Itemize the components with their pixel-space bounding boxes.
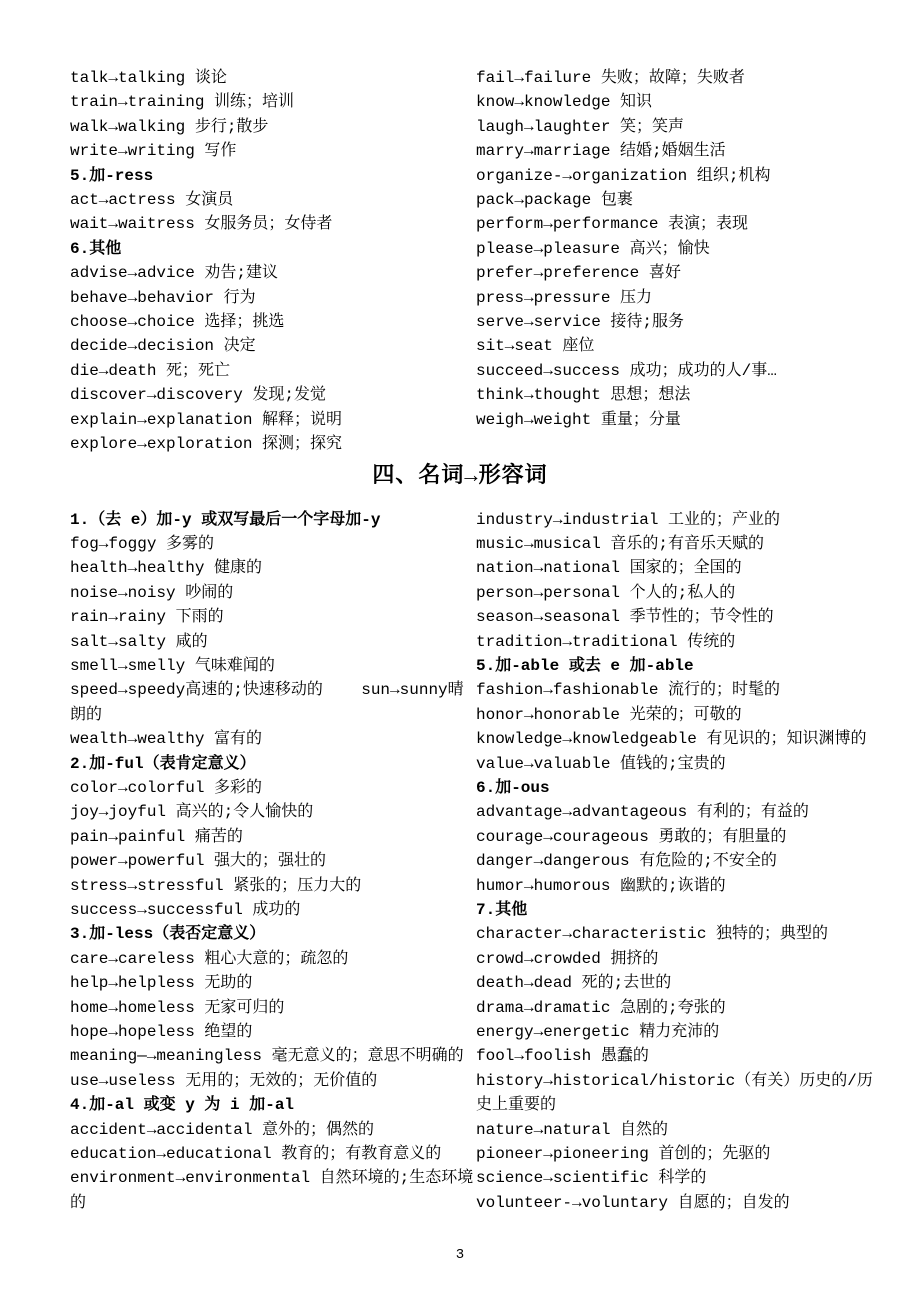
vocab-line: explain→explanation 解释；说明 (70, 408, 470, 432)
vocab-line: care→careless 粗心大意的；疏忽的 (70, 947, 470, 971)
vocab-line: tradition→traditional 传统的 (476, 630, 880, 654)
subsection-heading: 6.加-ous (476, 776, 880, 800)
vocab-line: explore→exploration 探测；探究 (70, 432, 470, 456)
vocab-line: humor→humorous 幽默的;诙谐的 (476, 874, 880, 898)
vocab-line: write→writing 写作 (70, 139, 470, 163)
vocab-line: discover→discovery 发现;发觉 (70, 383, 470, 407)
vocab-line: wealth→wealthy 富有的 (70, 727, 470, 751)
vocab-line: fog→foggy 多雾的 (70, 532, 470, 556)
vocab-line: crowd→crowded 拥挤的 (476, 947, 880, 971)
vocab-line: color→colorful 多彩的 (70, 776, 470, 800)
vocab-line: perform→performance 表演；表现 (476, 212, 880, 236)
vocab-line: pioneer→pioneering 首创的；先驱的 (476, 1142, 880, 1166)
bottom-right-column: industry→industrial 工业的；产业的music→musical… (476, 508, 880, 1216)
vocab-line: industry→industrial 工业的；产业的 (476, 508, 880, 532)
vocab-line: 的 (70, 1191, 470, 1215)
page-content: talk→talking 谈论train→training 训练；培训walk→… (0, 0, 920, 1215)
section-heading: 四、名词→形容词 (0, 459, 920, 495)
vocab-line: success→successful 成功的 (70, 898, 470, 922)
vocab-line: fool→foolish 愚蠢的 (476, 1044, 880, 1068)
vocab-line: power→powerful 强大的；强壮的 (70, 849, 470, 873)
vocab-line: advise→advice 劝告;建议 (70, 261, 470, 285)
vocab-line: speed→speedy高速的;快速移动的 sun→sunny晴 (70, 678, 470, 702)
vocab-line: nature→natural 自然的 (476, 1118, 880, 1142)
vocab-line: fashion→fashionable 流行的；时髦的 (476, 678, 880, 702)
vocab-line: 朗的 (70, 703, 470, 727)
vocab-line: wait→waitress 女服务员；女侍者 (70, 212, 470, 236)
vocab-line: season→seasonal 季节性的；节令性的 (476, 605, 880, 629)
vocab-line: education→educational 教育的；有教育意义的 (70, 1142, 470, 1166)
vocab-line: choose→choice 选择；挑选 (70, 310, 470, 334)
vocab-line: walk→walking 步行;散步 (70, 115, 470, 139)
vocab-line: succeed→success 成功；成功的人/事… (476, 359, 880, 383)
vocab-line: 史上重要的 (476, 1093, 880, 1117)
vocab-line: salt→salty 咸的 (70, 630, 470, 654)
vocab-line: die→death 死；死亡 (70, 359, 470, 383)
vocab-line: smell→smelly 气味难闻的 (70, 654, 470, 678)
vocab-line: rain→rainy 下雨的 (70, 605, 470, 629)
vocab-line: meaning—→meaningless 毫无意义的；意思不明确的 (70, 1044, 470, 1068)
vocab-line: nation→national 国家的；全国的 (476, 556, 880, 580)
vocab-line: pain→painful 痛苦的 (70, 825, 470, 849)
top-section: talk→talking 谈论train→training 训练；培训walk→… (70, 66, 880, 457)
vocab-line: knowledge→knowledgeable 有见识的；知识渊博的 (476, 727, 880, 751)
subsection-heading: 5.加-ress (70, 164, 470, 188)
vocab-line: value→valuable 值钱的;宝贵的 (476, 752, 880, 776)
vocab-line: energy→energetic 精力充沛的 (476, 1020, 880, 1044)
vocab-line: serve→service 接待;服务 (476, 310, 880, 334)
document-page: talk→talking 谈论train→training 训练；培训walk→… (0, 0, 920, 1302)
vocab-line: joy→joyful 高兴的;令人愉快的 (70, 800, 470, 824)
vocab-line: sit→seat 座位 (476, 334, 880, 358)
top-left-column: talk→talking 谈论train→training 训练；培训walk→… (70, 66, 470, 457)
vocab-line: health→healthy 健康的 (70, 556, 470, 580)
bottom-section: 1.（去 e）加-y 或双写最后一个字母加-yfog→foggy 多雾的heal… (70, 508, 880, 1216)
vocab-line: press→pressure 压力 (476, 286, 880, 310)
vocab-line: home→homeless 无家可归的 (70, 996, 470, 1020)
vocab-line: train→training 训练；培训 (70, 90, 470, 114)
vocab-line: character→characteristic 独特的；典型的 (476, 922, 880, 946)
vocab-line: honor→honorable 光荣的；可敬的 (476, 703, 880, 727)
subsection-heading: 1.（去 e）加-y 或双写最后一个字母加-y (70, 508, 470, 532)
vocab-line: courage→courageous 勇敢的；有胆量的 (476, 825, 880, 849)
top-right-column: fail→failure 失败；故障；失败者know→knowledge 知识l… (476, 66, 880, 432)
vocab-line: science→scientific 科学的 (476, 1166, 880, 1190)
subsection-heading: 4.加-al 或变 y 为 i 加-al (70, 1093, 470, 1117)
bottom-left-column: 1.（去 e）加-y 或双写最后一个字母加-yfog→foggy 多雾的heal… (70, 508, 470, 1216)
vocab-line: decide→decision 决定 (70, 334, 470, 358)
subsection-heading: 7.其他 (476, 898, 880, 922)
vocab-line: act→actress 女演员 (70, 188, 470, 212)
vocab-line: advantage→advantageous 有利的；有益的 (476, 800, 880, 824)
vocab-line: fail→failure 失败；故障；失败者 (476, 66, 880, 90)
vocab-line: hope→hopeless 绝望的 (70, 1020, 470, 1044)
subsection-heading: 2.加-ful（表肯定意义） (70, 752, 470, 776)
vocab-line: danger→dangerous 有危险的;不安全的 (476, 849, 880, 873)
vocab-line: environment→environmental 自然环境的;生态环境 (70, 1166, 470, 1190)
subsection-heading: 6.其他 (70, 237, 470, 261)
vocab-line: drama→dramatic 急剧的;夸张的 (476, 996, 880, 1020)
vocab-line: person→personal 个人的;私人的 (476, 581, 880, 605)
subsection-heading: 3.加-less（表否定意义） (70, 922, 470, 946)
vocab-line: marry→marriage 结婚;婚姻生活 (476, 139, 880, 163)
vocab-line: behave→behavior 行为 (70, 286, 470, 310)
vocab-line: help→helpless 无助的 (70, 971, 470, 995)
vocab-line: history→historical/historic（有关）历史的/历 (476, 1069, 880, 1093)
vocab-line: talk→talking 谈论 (70, 66, 470, 90)
vocab-line: volunteer-→voluntary 自愿的；自发的 (476, 1191, 880, 1215)
vocab-line: prefer→preference 喜好 (476, 261, 880, 285)
vocab-line: music→musical 音乐的;有音乐天赋的 (476, 532, 880, 556)
vocab-line: please→pleasure 高兴；愉快 (476, 237, 880, 261)
vocab-line: weigh→weight 重量；分量 (476, 408, 880, 432)
vocab-line: organize-→organization 组织;机构 (476, 164, 880, 188)
vocab-line: laugh→laughter 笑；笑声 (476, 115, 880, 139)
vocab-line: noise→noisy 吵闹的 (70, 581, 470, 605)
vocab-line: accident→accidental 意外的；偶然的 (70, 1118, 470, 1142)
vocab-line: think→thought 思想；想法 (476, 383, 880, 407)
vocab-line: death→dead 死的;去世的 (476, 971, 880, 995)
vocab-line: use→useless 无用的；无效的；无价值的 (70, 1069, 470, 1093)
page-number: 3 (0, 1246, 920, 1264)
vocab-line: stress→stressful 紧张的；压力大的 (70, 874, 470, 898)
vocab-line: know→knowledge 知识 (476, 90, 880, 114)
vocab-line: pack→package 包裹 (476, 188, 880, 212)
subsection-heading: 5.加-able 或去 e 加-able (476, 654, 880, 678)
